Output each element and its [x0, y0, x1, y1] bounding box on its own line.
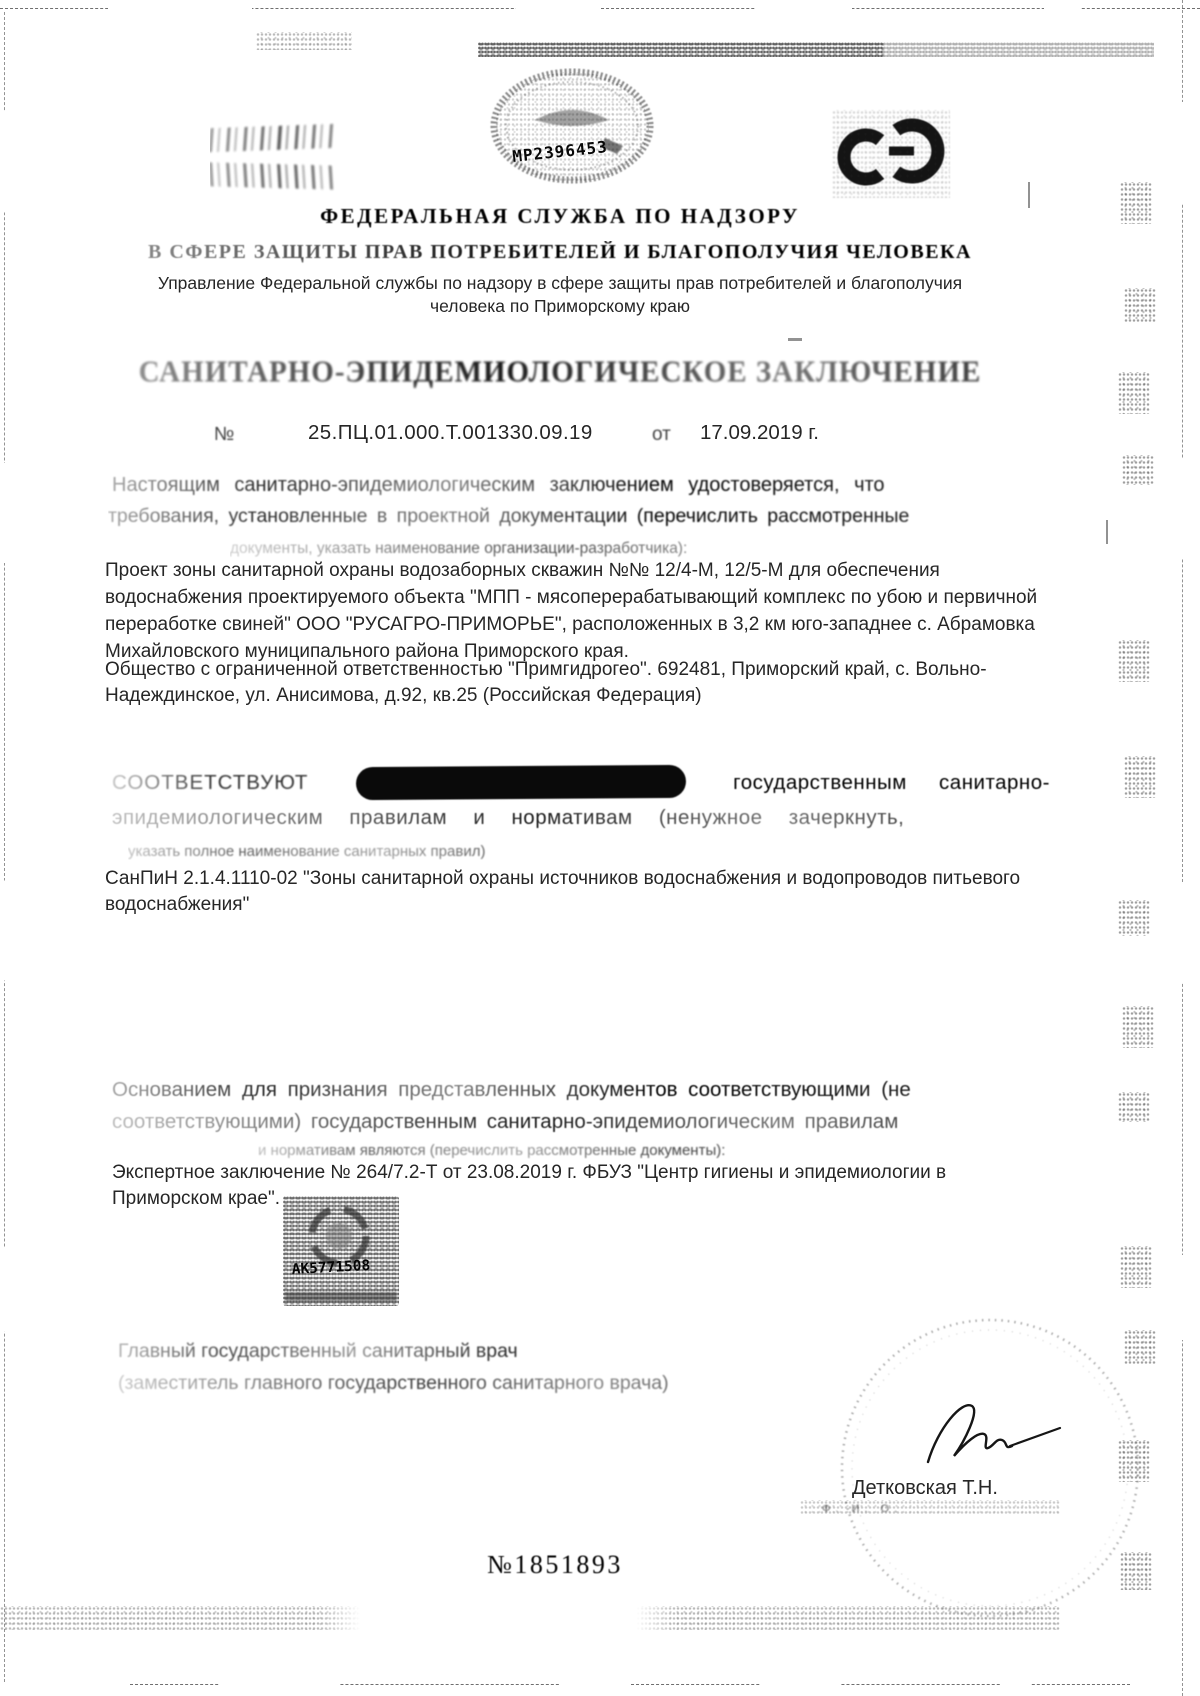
doctor-title-line2: (заместитель главного государственного с…: [118, 1372, 798, 1395]
intro-line3: документы, указать наименование организа…: [230, 540, 930, 558]
sanpin-reference: СанПиН 2.1.4.1110-02 "Зоны санитарной ох…: [105, 866, 1053, 918]
scan-speck: [1124, 288, 1156, 322]
scan-speck: [1120, 182, 1152, 224]
scan-artifact-bottom-line: [130, 1684, 1130, 1685]
scan-speck: [1118, 640, 1150, 682]
document-title: САНИТАРНО-ЭПИДЕМИОЛОГИЧЕСКОЕ ЗАКЛЮЧЕНИЕ: [0, 355, 1120, 390]
header-department-line2: человека по Приморскому краю: [0, 296, 1120, 317]
scan-tick: [788, 338, 802, 341]
header-department-line1: Управление Федеральной службы по надзору…: [0, 273, 1120, 294]
conformity-rest: государственным санитарно-: [733, 771, 1050, 795]
basis-line3: и нормативам являются (перечислить рассм…: [258, 1142, 958, 1159]
scan-speck: [1124, 756, 1156, 798]
scan-speck: [1120, 1246, 1152, 1288]
basis-line2: соответствующими) государственным санита…: [112, 1110, 1057, 1134]
project-description: Проект зоны санитарной охраны водозаборн…: [105, 557, 1053, 665]
from-label: от: [652, 424, 671, 446]
intro-line2: требования, установленные в проектной до…: [108, 505, 1048, 528]
conformity-line1: СООТВЕТСТВУЮТ государственным санитарно-: [112, 766, 1050, 799]
scan-noise-scribble: [256, 32, 352, 50]
scanned-document-page: МР2396453 ФЕДЕРАЛЬНАЯ СЛУЖБА ПО НАДЗОРУ …: [0, 0, 1200, 1696]
scan-noise-top-band: [478, 42, 1154, 57]
hologram-stamp: АК5771508: [283, 1196, 399, 1306]
degraded-stamp: [210, 112, 336, 204]
scan-artifact-right-line: [1182, 0, 1183, 1696]
intro-line1: Настоящим санитарно-эпидемиологическим з…: [112, 474, 1052, 497]
scan-speck: [1118, 1092, 1150, 1122]
round-stamp: МР2396453: [487, 68, 657, 190]
scan-noise-signature: [800, 1500, 1060, 1514]
se-mark-icon: [832, 110, 950, 198]
expert-conclusion: Экспертное заключение № 264/7.2-Т от 23.…: [112, 1160, 1022, 1212]
doctor-title-line1: Главный государственный санитарный врач: [118, 1340, 778, 1363]
organization-info: Общество с ограниченной ответственностью…: [105, 657, 1045, 709]
conformity-line2: эпидемиологическим правилам и нормативам…: [112, 806, 1050, 830]
scan-artifact-top-line: [0, 8, 1200, 9]
scan-tick: [1106, 520, 1108, 544]
blank-number: №1851893: [0, 1550, 1110, 1580]
scan-speck: [1118, 900, 1150, 936]
scan-speck: [1118, 372, 1150, 414]
redaction-blob: [356, 765, 686, 800]
scan-speck: [1122, 455, 1154, 485]
conformity-word: СООТВЕТСТВУЮТ: [112, 771, 308, 795]
document-date: 17.09.2019 г.: [700, 421, 819, 445]
header-service-line2: В СФЕРЕ ЗАЩИТЫ ПРАВ ПОТРЕБИТЕЛЕЙ И БЛАГО…: [0, 241, 1120, 264]
signatory-name: Детковская Т.Н.: [852, 1477, 998, 1500]
hologram-stamp-icon: АК5771508: [283, 1196, 399, 1306]
header-service-line1: ФЕДЕРАЛЬНАЯ СЛУЖБА ПО НАДЗОРУ: [0, 204, 1120, 229]
number-sign: №: [214, 424, 234, 446]
document-number: 25.ПЦ.01.000.Т.001330.09.19: [308, 421, 593, 445]
basis-line1: Основанием для признания представленных …: [112, 1078, 1057, 1102]
scan-speck: [1122, 1006, 1154, 1048]
hologram-stamp-code: АК5771508: [291, 1258, 370, 1278]
signature-stroke-icon: [918, 1388, 1068, 1480]
conformity-line3: указать полное наименование санитарных п…: [128, 843, 828, 860]
